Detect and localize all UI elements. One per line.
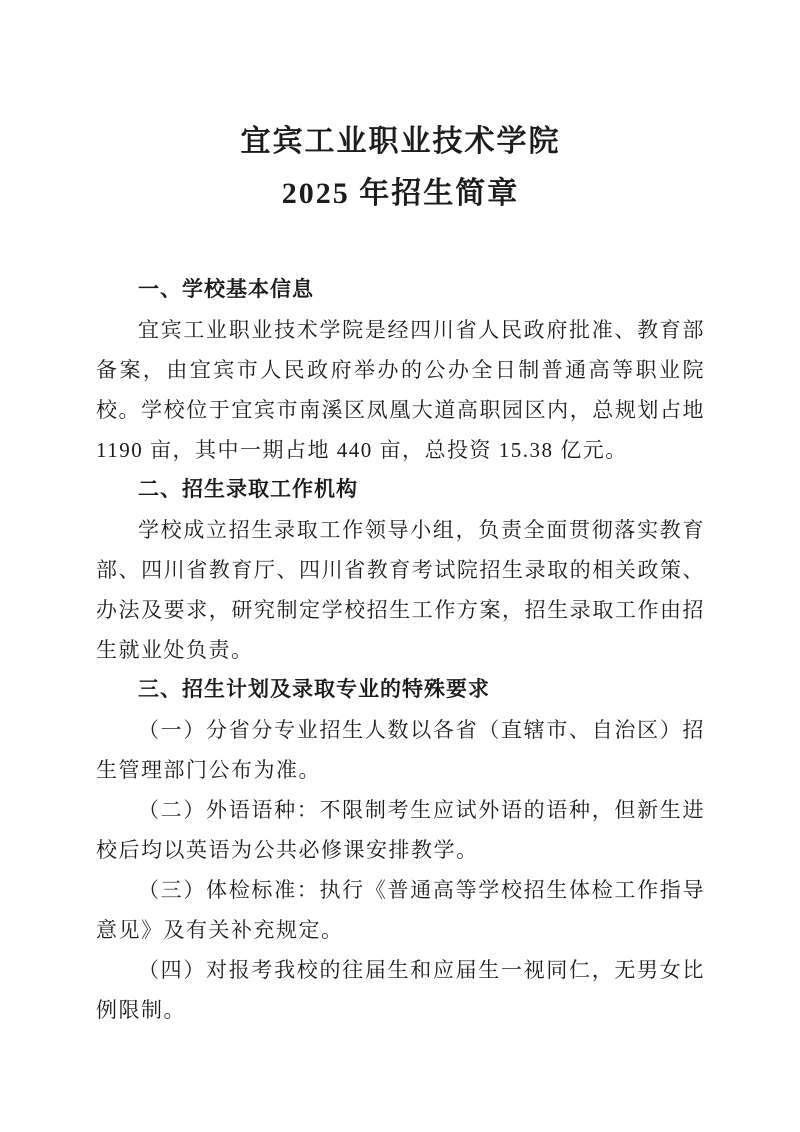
paragraph-item-2: （二）外语语种：不限制考生应试外语的语种，但新生进校后均以英语为公共必修课安排教… [96, 790, 705, 870]
paragraph-item-4: （四）对报考我校的往届生和应届生一视同仁，无男女比例限制。 [96, 950, 705, 1030]
paragraph-admission-org: 学校成立招生录取工作领导小组，负责全面贯彻落实教育部、四川省教育厅、四川省教育考… [96, 510, 705, 670]
section-school-info: 一、学校基本信息 宜宾工业职业技术学院是经四川省人民政府批准、教育部备案，由宜宾… [96, 270, 705, 470]
title-line-2: 2025 年招生简章 [96, 168, 705, 220]
section-plan-requirements: 三、招生计划及录取专业的特殊要求 （一）分省分专业招生人数以各省（直辖市、自治区… [96, 670, 705, 1030]
section-heading-1: 一、学校基本信息 [96, 270, 705, 310]
section-heading-3: 三、招生计划及录取专业的特殊要求 [96, 670, 705, 710]
title-line-1: 宜宾工业职业技术学院 [96, 116, 705, 168]
paragraph-item-3: （三）体检标准：执行《普通高等学校招生体检工作指导意见》及有关补充规定。 [96, 870, 705, 950]
document-title: 宜宾工业职业技术学院 2025 年招生简章 [96, 116, 705, 220]
document-page: 宜宾工业职业技术学院 2025 年招生简章 一、学校基本信息 宜宾工业职业技术学… [0, 0, 800, 1132]
paragraph-item-1: （一）分省分专业招生人数以各省（直辖市、自治区）招生管理部门公布为准。 [96, 710, 705, 790]
section-admission-org: 二、招生录取工作机构 学校成立招生录取工作领导小组，负责全面贯彻落实教育部、四川… [96, 470, 705, 670]
paragraph-school-info: 宜宾工业职业技术学院是经四川省人民政府批准、教育部备案，由宜宾市人民政府举办的公… [96, 310, 705, 470]
section-heading-2: 二、招生录取工作机构 [96, 470, 705, 510]
